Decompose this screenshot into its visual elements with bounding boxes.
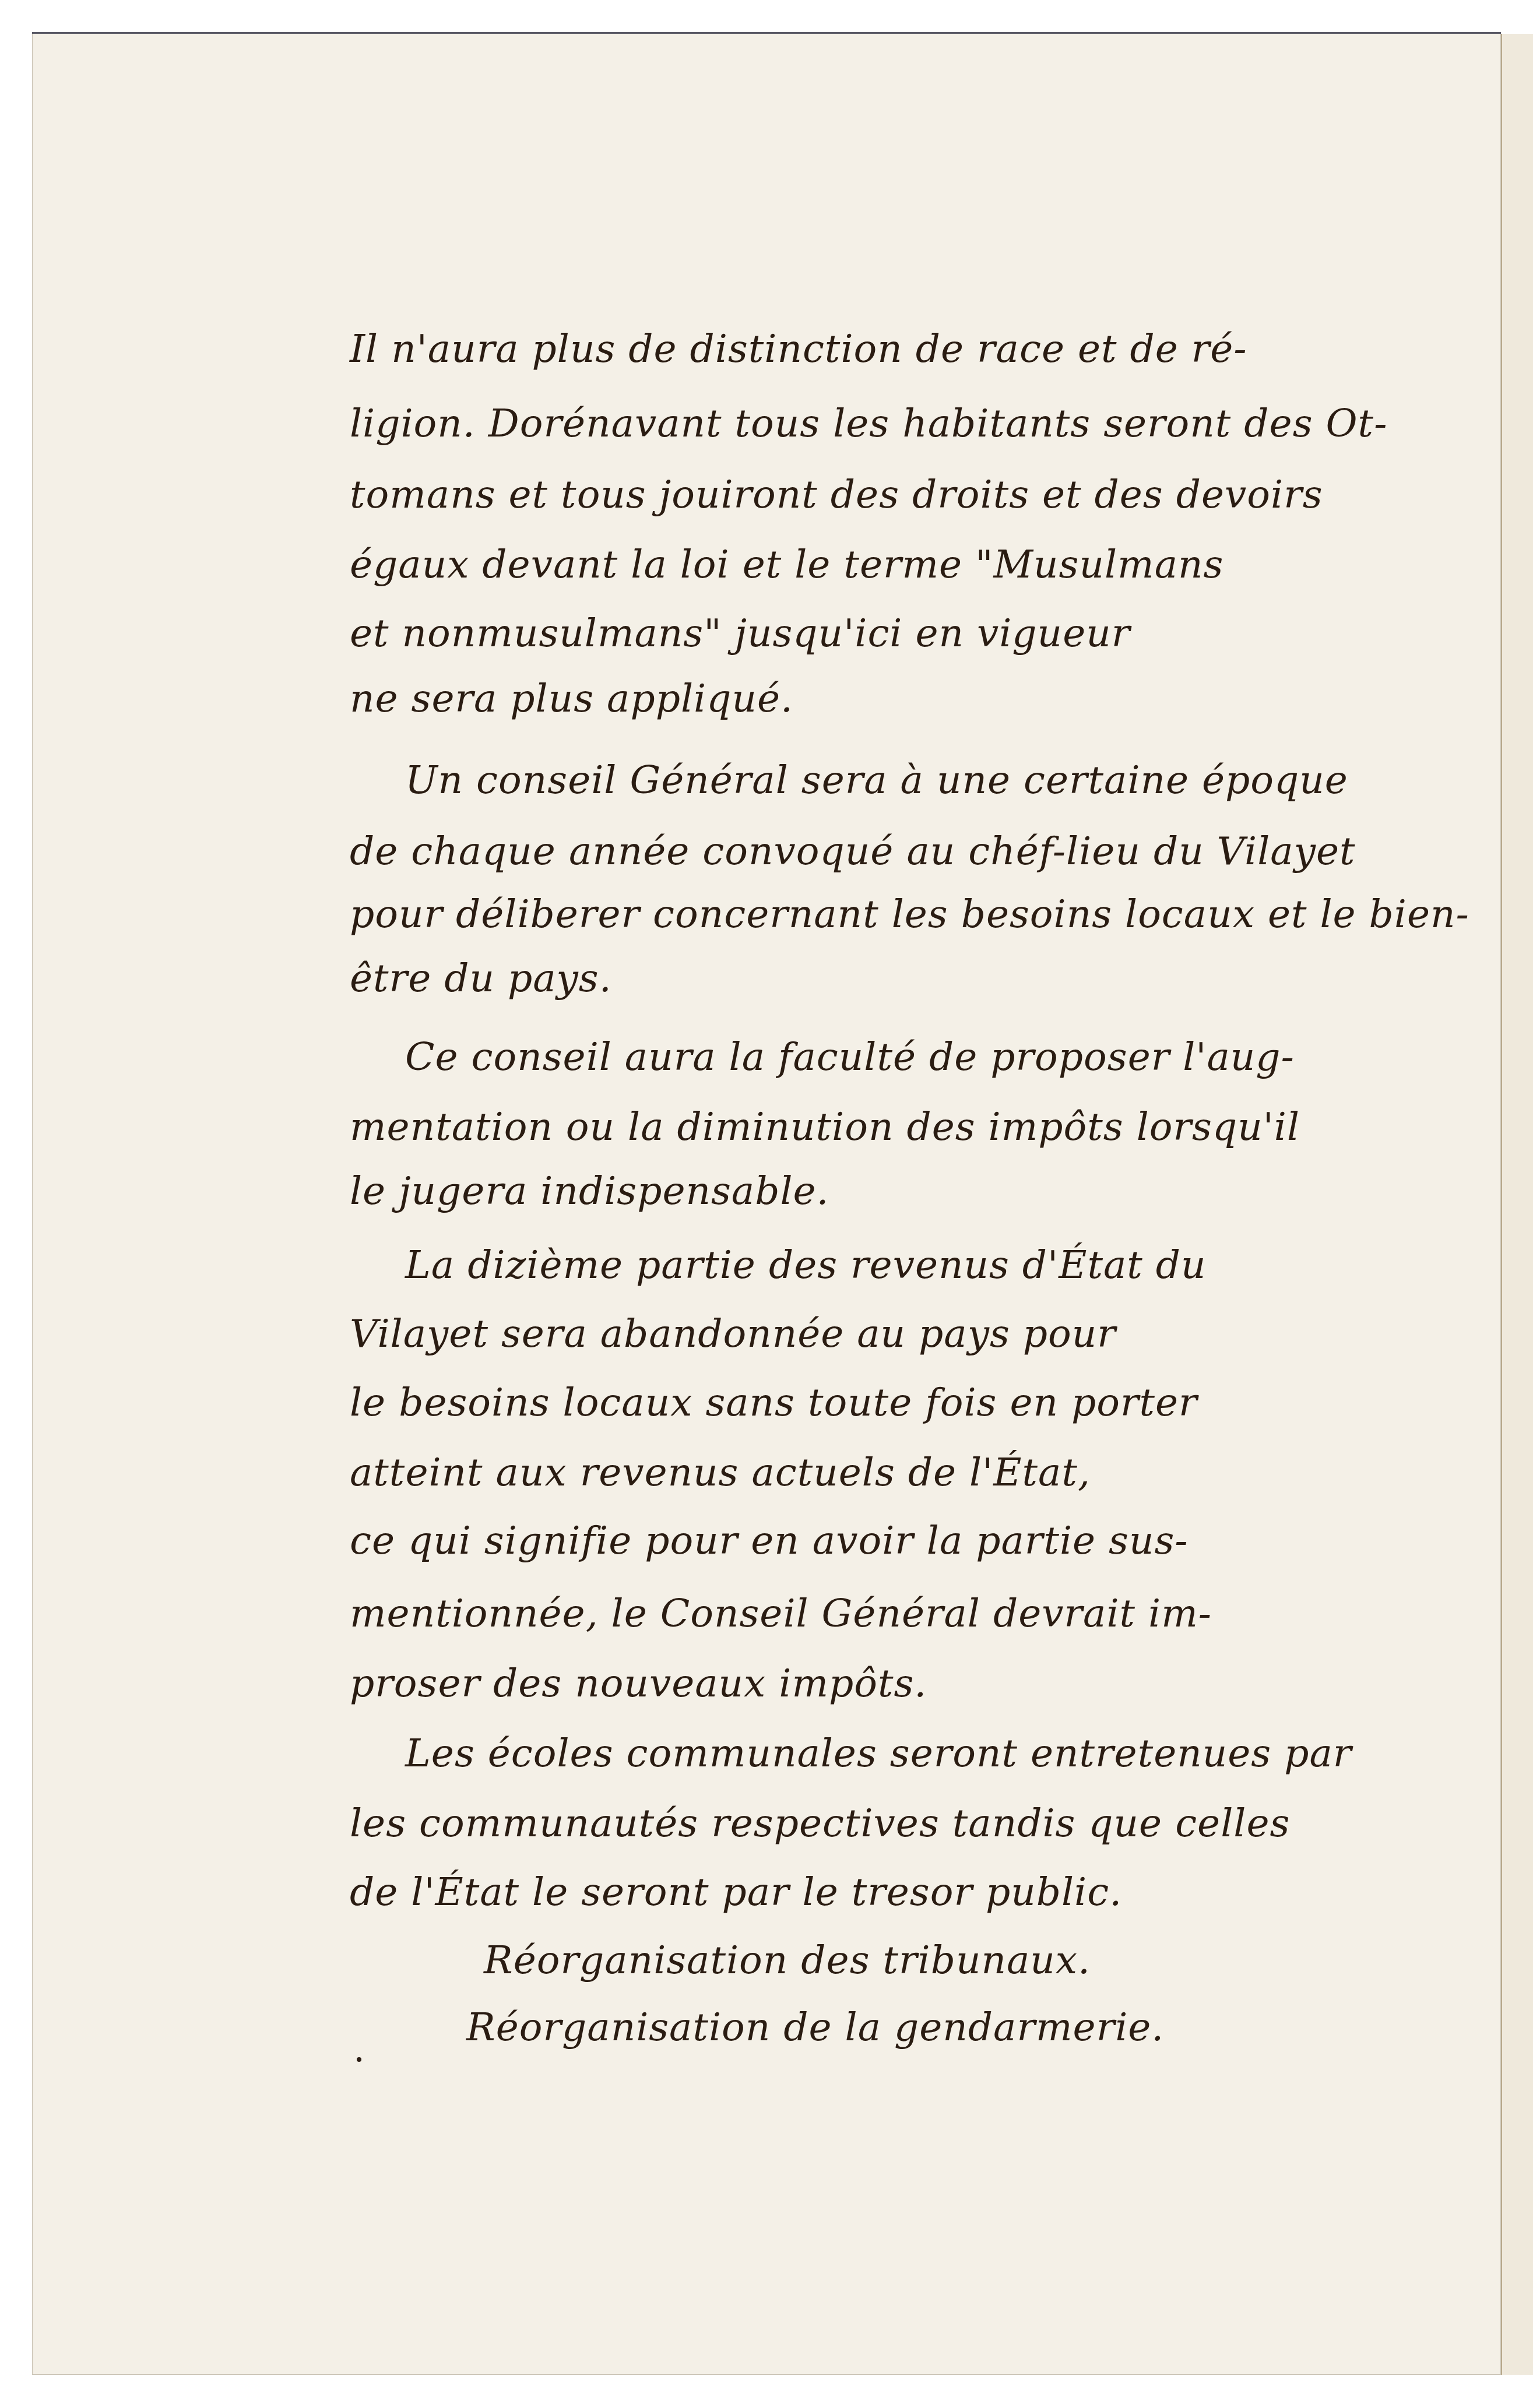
text-line-17: atteint aux revenus actuels de l'État, [350, 1438, 1091, 1507]
text-line-16: le besoins locaux sans toute fois en por… [350, 1368, 1198, 1437]
text-line-18: ce qui signifie pour en avoir la partie … [350, 1506, 1189, 1575]
text-line-13: le jugera indispensable. [350, 1157, 829, 1226]
text-line-23: de l'État le seront par le tresor public… [350, 1858, 1122, 1927]
text-line-21: Les écoles communales seront entretenues… [405, 1719, 1352, 1788]
text-line-19: mentionnée, le Conseil Général devrait i… [350, 1579, 1212, 1648]
text-line-11: Ce conseil aura la faculté de proposer l… [405, 1023, 1295, 1092]
adjacent-page-edge [1501, 34, 1533, 2375]
text-line-8: de chaque année convoqué au chéf-lieu du… [350, 817, 1356, 886]
text-line-15: Vilayet sera abandonnée au pays pour [350, 1300, 1116, 1368]
text-line-12: mentation ou la diminution des impôts lo… [350, 1093, 1300, 1161]
text-line-14: La dizième partie des revenus d'État du [405, 1231, 1207, 1300]
text-line-20: proser des nouveaux impôts. [350, 1649, 927, 1718]
text-line-7: Un conseil Général sera à une certaine é… [405, 746, 1348, 815]
text-line-6: ne sera plus appliqué. [350, 664, 793, 733]
text-line-24: Réorganisation des tribunaux. [484, 1926, 1091, 1995]
text-line-5: et nonmusulmans" jusqu'ici en vigueur [350, 599, 1130, 668]
text-line-2: ligion. Dorénavant tous les habitants se… [350, 389, 1387, 458]
text-line-25: Réorganisation de la gendarmerie. [466, 1993, 1164, 2062]
text-line-22: les communautés respectives tandis que c… [350, 1789, 1290, 1858]
text-line-9: pour déliberer concernant les besoins lo… [350, 880, 1469, 949]
text-line-1: Il n'aura plus de distinction de race et… [350, 315, 1247, 383]
text-line-4: égaux devant la loi et le terme "Musulma… [350, 530, 1223, 599]
text-line-3: tomans et tous jouiront des droits et de… [350, 460, 1323, 529]
ink-dot [357, 2057, 361, 2062]
text-line-10: être du pays. [350, 944, 612, 1013]
